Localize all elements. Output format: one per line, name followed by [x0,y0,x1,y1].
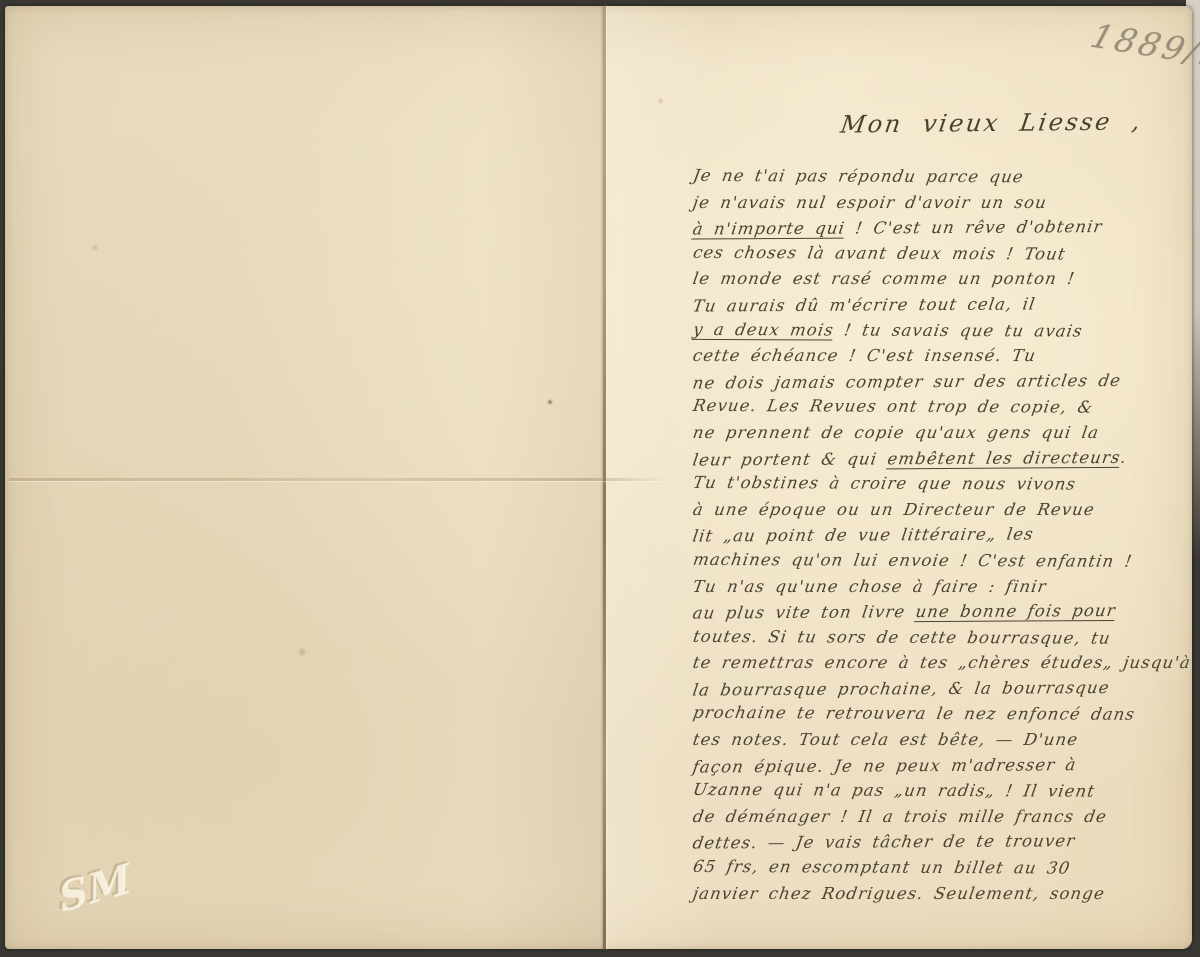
letter-line: façon épique. Je ne peux m'adresser à [691,751,1200,780]
letter-line: Tu t'obstines à croire que nous vivons [691,470,1200,498]
foxing-spot [657,98,664,104]
scanned-letter-photo: { "document": { "kind": "handwritten-let… [0,0,1200,957]
letter-text: façon épique. Je ne peux m'adresser à [691,755,1078,776]
letter-line: Tu aurais dû m'écrire tout cela, il [691,290,1200,319]
letter-text: de déménager ! Il a trois mille francs d… [692,807,1109,826]
letter-text: lit „au point de vue littéraire„ les [691,525,1035,546]
letter-text: Tu t'obstines à croire que nous vivons [692,473,1078,494]
letter-text: dettes. — Je vais tâcher de te trouver [691,832,1076,853]
letter-line: de déménager ! Il a trois mille francs d… [691,804,1200,830]
letter-line: je n'avais nul espoir d'avoir un sou [691,190,1200,216]
letter-line: cette échéance ! C'est insensé. Tu [691,343,1200,369]
letter-text: 65 frs, en escomptant un billet au 30 [692,857,1072,878]
foxing-spot [297,648,307,656]
underlined-phrase: à n'importe qui [691,219,846,239]
letter-sheet: 1889/90 SM Mon vieux Liesse , Je ne t'ai… [5,6,1192,949]
letter-text: Revue. Les Revues ont trop de copie, & [692,396,1095,417]
letter-line: janvier chez Rodrigues. Seulement, songe [691,881,1200,907]
foxing-spot [547,399,553,405]
letter-text: ! tu savais que tu avais [832,320,1084,340]
horizontal-crease [9,478,669,481]
letter-line: ne prennent de copie qu'aux gens qui la [691,420,1200,446]
letter-line: Tu n'as qu'une chose à faire : finir [691,574,1200,600]
letter-line: 65 frs, en escomptant un billet au 30 [691,854,1200,882]
letter-line: à n'importe qui ! C'est un rêve d'obteni… [691,214,1200,243]
letter-line: Je ne t'ai pas répondu parce que [691,163,1200,191]
letter-text: machines qu'on lui envoie ! C'est enfant… [692,550,1134,571]
letter-line: tes notes. Tout cela est bête, — D'une [691,727,1200,753]
letter-line: machines qu'on lui envoie ! C'est enfant… [691,547,1200,575]
letter-text: Uzanne qui n'a pas „un radis„ ! Il vient [692,780,1097,801]
letter-text: leur portent & qui [691,449,889,469]
foxing-spot [91,244,99,251]
letter-text: à une époque ou un Directeur de Revue [692,500,1097,519]
letter-text: je n'avais nul espoir d'avoir un sou [692,193,1049,212]
letter-text: le monde est rasé comme un ponton ! [692,269,1077,288]
letter-text: Tu aurais dû m'écrire tout cela, il [691,294,1037,315]
letter-line: le monde est rasé comme un ponton ! [691,266,1200,292]
underlined-phrase: une bonne fois pour [914,601,1117,621]
letter-text: janvier chez Rodrigues. Seulement, songe [692,884,1107,903]
letter-text: . [1119,447,1128,466]
letter-text: ne dois jamais compter sur des articles … [691,371,1122,393]
letter-line: dettes. — Je vais tâcher de te trouver [691,828,1200,857]
letter-line: ne dois jamais compter sur des articles … [691,367,1200,396]
letter-text: cette échéance ! C'est insensé. Tu [692,346,1038,365]
letter-text: au plus vite ton livre [691,602,917,622]
letter-line: à une époque ou un Directeur de Revue [691,497,1200,523]
letter-line: Revue. Les Revues ont trop de copie, & [691,393,1200,421]
letter-text: Je ne t'ai pas répondu parce que [692,166,1026,186]
letter-line: Uzanne qui n'a pas „un radis„ ! Il vient [691,777,1200,805]
letter-salutation: Mon vieux Liesse , [839,107,1145,138]
letter-line: lit „au point de vue littéraire„ les [691,521,1200,550]
letter-text: toutes. Si tu sors de cette bourrasque, … [692,627,1113,648]
underlined-phrase: embêtent les directeurs [886,447,1122,467]
letter-body: Je ne t'ai pas répondu parce queje n'ava… [693,164,1198,906]
letter-text: prochaine te retrouvera le nez enfoncé d… [692,703,1137,724]
underlined-phrase: y a deux mois [692,319,836,339]
letter-line: toutes. Si tu sors de cette bourrasque, … [691,624,1200,652]
letter-line: la bourrasque prochaine, & la bourrasque [691,674,1200,703]
letter-line: leur portent & qui embêtent les directeu… [691,444,1200,473]
letter-text: ces choses là avant deux mois ! Tout [692,243,1068,264]
letter-line: prochaine te retrouvera le nez enfoncé d… [691,700,1200,728]
letter-text: tes notes. Tout cela est bête, — D'une [692,730,1080,749]
letter-line: au plus vite ton livre une bonne fois po… [691,598,1200,627]
letter-text: la bourrasque prochaine, & la bourrasque [691,678,1111,700]
letter-text: ! C'est un rêve d'obtenir [844,217,1104,238]
letter-line: y a deux mois ! tu savais que tu avais [691,316,1200,344]
letter-text: te remettras encore à tes „chères études… [692,653,1193,672]
letter-text: Tu n'as qu'une chose à faire : finir [692,577,1049,596]
letter-line: ces choses là avant deux mois ! Tout [691,240,1200,268]
letter-text: ne prennent de copie qu'aux gens qui la [692,423,1101,442]
letter-line: te remettras encore à tes „chères études… [691,650,1200,676]
